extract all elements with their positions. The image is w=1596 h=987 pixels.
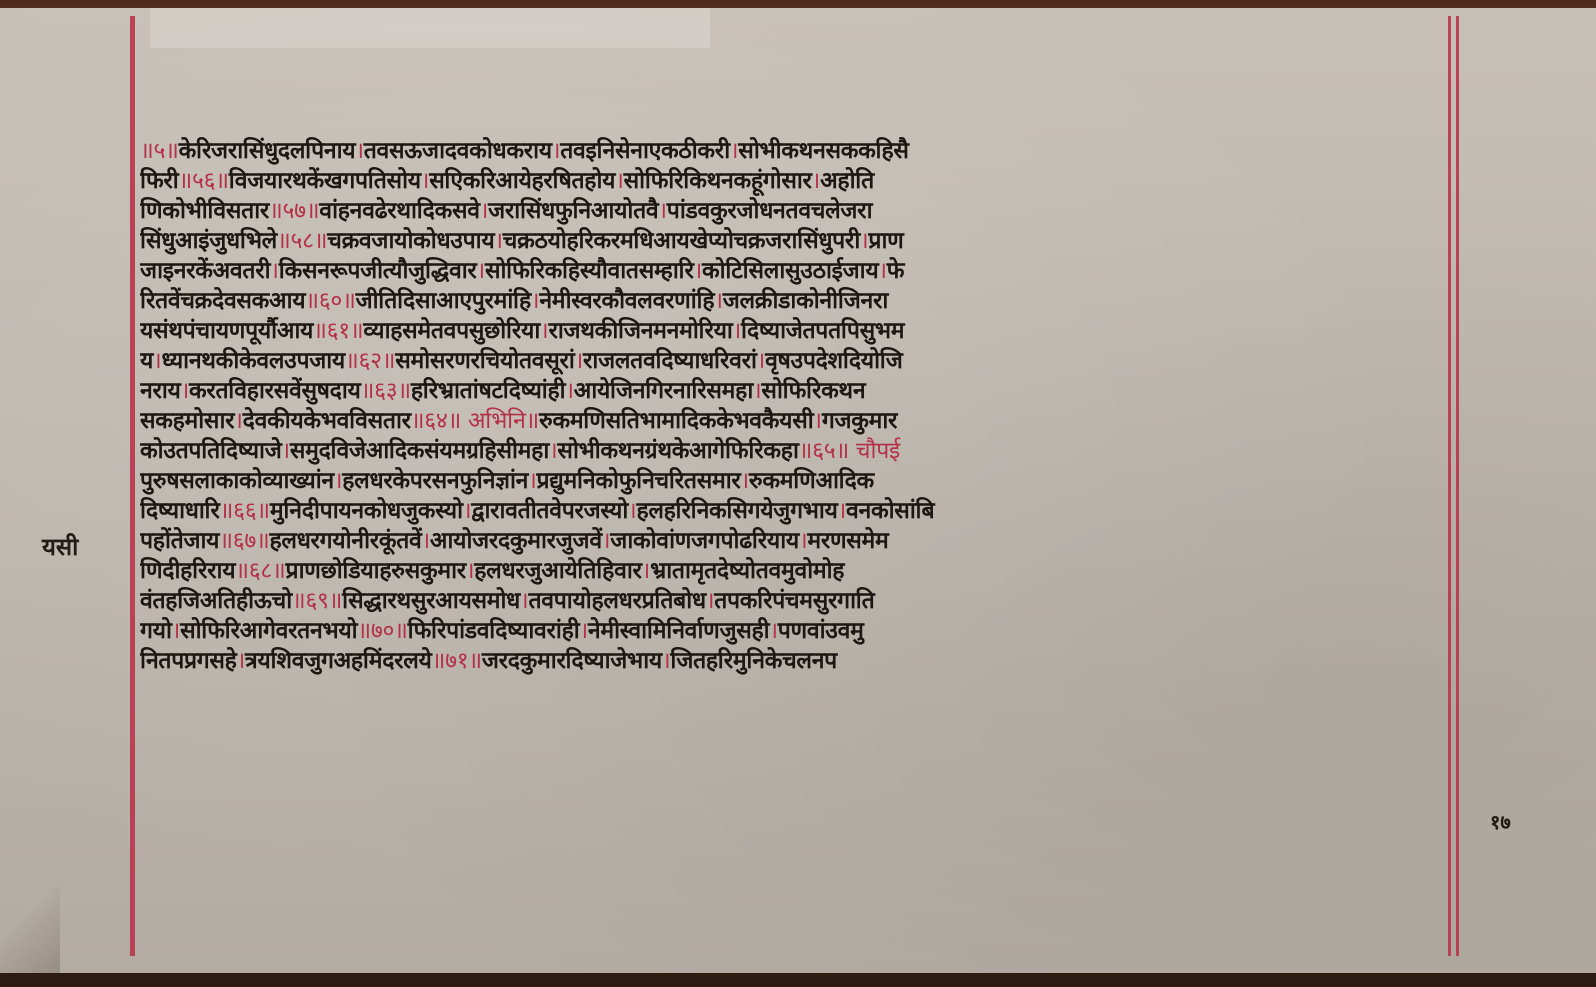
paper-light-patch xyxy=(150,8,710,48)
text-segment: नितपप्रगसहे xyxy=(140,647,237,674)
verse-marker: । xyxy=(575,348,583,374)
text-segment: फिरी xyxy=(140,167,178,194)
text-segment: नराय xyxy=(140,377,181,404)
folio-number: १७ xyxy=(1490,808,1511,835)
verse-marker: ॥६७॥ xyxy=(219,528,269,554)
verse-marker: ॥५८॥ xyxy=(277,228,327,254)
text-segment: सोफिरिकथन xyxy=(761,377,865,404)
manuscript-line: दिष्याधारि॥६६॥मुनिदीपायनकोधजुकस्यो।द्वार… xyxy=(140,496,1448,526)
verse-marker: । xyxy=(270,258,278,284)
text-segment: नेमीस्वामिनिर्वाणजुसही xyxy=(588,617,769,644)
manuscript-line: पहोंतेजाय॥६७॥हलधरगयोनीरकूंतवें।आयोजरदकुम… xyxy=(140,526,1448,556)
verse-marker: । xyxy=(334,468,342,494)
text-segment: आयेजिनगिरनारिसमहा xyxy=(574,377,753,404)
text-segment: कोउतपतिदिष्याजेे xyxy=(140,437,281,464)
manuscript-line: ॥५॥केरिजरासिंधुदलपिनाय।तवसऊजादवकोधकराय।त… xyxy=(140,136,1448,166)
text-segment: पांडवकुरजोधनतवचलेजरा xyxy=(667,197,872,224)
text-segment: गयो xyxy=(140,617,172,644)
text-segment: चक्रवजायोकोधउपाय xyxy=(327,227,494,254)
text-segment: समोसरणरचियोतवसूरां xyxy=(395,347,574,374)
text-segment: द्वारावतीतवेपरजस्यो xyxy=(471,497,628,524)
verse-marker: । xyxy=(421,168,429,194)
verse-marker: ॥६२॥ xyxy=(345,348,395,374)
verse-marker: । xyxy=(769,618,777,644)
manuscript-line: रितवेंचक्रदेवसकआय॥६०॥जीतिदिसाआएपुरमांहि।… xyxy=(140,286,1448,316)
text-segment: णिदीहरिराय xyxy=(140,557,235,584)
text-segment: त्रयशिवजुगअहमिंदरलये xyxy=(245,647,432,674)
text-segment: सोभीकथनसककहिसै xyxy=(738,137,908,164)
text-segment: सिद्धारथसुरआयसमोध xyxy=(342,587,520,614)
text-segment: तवपायोहलधरप्रतिबोध xyxy=(528,587,705,614)
text-segment: जरासिंधफुनिआयोतवै xyxy=(488,197,658,224)
text-segment: जितहरिमुनिकेचलनप xyxy=(670,647,837,674)
text-segment: सकहमोसार xyxy=(140,407,234,434)
verse-marker: ॥६८॥ xyxy=(235,558,285,584)
page-corner-curl xyxy=(0,868,60,978)
verse-marker: । xyxy=(494,228,502,254)
manuscript-line: वंतहजिअतिहीऊचो॥६९॥सिद्धारथसुरआयसमोध।तवपा… xyxy=(140,586,1448,616)
verse-marker: । xyxy=(528,468,536,494)
text-segment: सिंधुआइंजुधभिले xyxy=(140,227,277,254)
text-segment: दिष्याधारि xyxy=(140,497,220,524)
verse-marker: । xyxy=(757,348,765,374)
verse-marker: ॥६६॥ xyxy=(220,498,270,524)
text-segment: हलधरकेपरसनफुनिज्ञांन xyxy=(342,467,528,494)
verse-marker: ॥७०॥ xyxy=(357,618,407,644)
manuscript-line: यसंथपंचायणपूर्यौआय॥६१॥व्याहसमेतवपसुछोरिय… xyxy=(140,316,1448,346)
text-segment: पणवांउवमु xyxy=(778,617,864,644)
text-segment: पहोंतेजाय xyxy=(140,527,219,554)
verse-marker: ॥५७॥ xyxy=(269,198,319,224)
text-segment: तवसऊजादवकोधकराय xyxy=(364,137,552,164)
text-segment: यसंथपंचायणपूर्यौआय xyxy=(140,317,313,344)
manuscript-line: सिंधुआइंजुधभिले॥५८॥चक्रवजायोकोधउपाय।चक्र… xyxy=(140,226,1448,256)
text-segment: कोटिसिलासुउठाईजाय xyxy=(702,257,878,284)
text-segment: प्राण xyxy=(868,227,903,254)
manuscript-line: कोउतपतिदिष्याजेे।समुदविजेआदिकसंयमग्रहिसी… xyxy=(140,436,1448,466)
verse-marker: । xyxy=(477,258,485,284)
text-segment: दिष्याजेतपतपिसुभम xyxy=(741,317,904,344)
text-segment: रुकमणिसतिभामादिककेभवकैयसी xyxy=(539,407,813,434)
verse-marker: । xyxy=(579,618,587,644)
text-segment: हलधरगयोनीरकूंतवें xyxy=(270,527,422,554)
text-segment: हलहरिनिकसिगयेजुगभाय xyxy=(636,497,837,524)
verse-marker: । xyxy=(706,588,714,614)
right-margin-ruling-2 xyxy=(1456,16,1459,956)
verse-marker: । xyxy=(237,648,245,674)
verse-marker: । xyxy=(813,408,821,434)
right-margin-ruling-1 xyxy=(1448,16,1451,956)
verse-marker: । xyxy=(615,168,623,194)
left-margin-note: यसी xyxy=(42,530,78,563)
text-segment: सोभीकथनग्रंथकेआगेफिरिकहा xyxy=(557,437,798,464)
verse-marker: । xyxy=(565,378,573,404)
verse-marker: । xyxy=(466,558,474,584)
text-segment: सोफिरिकहिस्यौवातसम्हारि xyxy=(485,257,694,284)
verse-marker: । xyxy=(281,438,289,464)
verse-marker: । xyxy=(812,168,820,194)
manuscript-line: पुरुषसलाकाकोव्याख्यांन।हलधरकेपरसनफुनिज्ञ… xyxy=(140,466,1448,496)
left-margin-ruling xyxy=(130,16,135,956)
verse-marker: ॥५॥ xyxy=(140,138,179,164)
verse-marker: । xyxy=(552,138,560,164)
text-segment: जलक्रीडाकोनीजिनरा xyxy=(723,287,888,314)
verse-marker: । xyxy=(714,288,722,314)
text-segment: य xyxy=(140,347,153,374)
text-segment: व्याहसमेतवपसुछोरिया xyxy=(363,317,540,344)
text-segment: फे xyxy=(887,257,904,284)
verse-marker: । xyxy=(422,528,430,554)
text-segment: णिकोभीविसतार xyxy=(140,197,269,224)
manuscript-line: णिकोभीविसतार॥५७॥वांहनवढेरथादिकसवे।जरासिं… xyxy=(140,196,1448,226)
verse-marker: ॥६१॥ xyxy=(313,318,363,344)
manuscript-line: गयो।सोफिरिआगेवरतनभयो॥७०॥फिरिपांडवदिष्याव… xyxy=(140,616,1448,646)
text-segment: हलधरजुआयेतिहिवार xyxy=(474,557,641,584)
text-segment: जाकोवांणजगपोढरियाय xyxy=(610,527,799,554)
text-segment: सोफिरिआगेवरतनभयो xyxy=(180,617,357,644)
verse-marker: । xyxy=(741,468,749,494)
manuscript-line: णिदीहरिराय॥६८॥प्राणछोडियाहरुसकुमार।हलधरज… xyxy=(140,556,1448,586)
manuscript-line: नराय।करतविहारसवेंसुषदाय॥६३॥हरिभ्रातांषटद… xyxy=(140,376,1448,406)
text-segment: राजलतवदिष्याधरिवरां xyxy=(583,347,757,374)
text-segment: वनकोसांबि xyxy=(846,497,934,524)
text-segment: मरणसमेम xyxy=(807,527,888,554)
verse-marker: ॥६३॥ xyxy=(361,378,411,404)
text-segment: जरदकुमारदिष्याजेभाय xyxy=(482,647,662,674)
verse-marker: ॥६९॥ xyxy=(292,588,342,614)
verse-marker: । xyxy=(480,198,488,224)
text-segment: फिरिपांडवदिष्यावरांही xyxy=(408,617,580,644)
verse-marker: । xyxy=(642,558,650,584)
text-segment: किसनरूपजीत्यौजुद्धिवार xyxy=(279,257,477,284)
text-segment: सएिकरिआयेहरषितहोय xyxy=(429,167,615,194)
verse-marker: । xyxy=(602,528,610,554)
verse-marker: । xyxy=(355,138,363,164)
manuscript-text-block: ॥५॥केरिजरासिंधुदलपिनाय।तवसऊजादवकोधकराय।त… xyxy=(140,136,1448,676)
verse-marker: ॥५६॥ xyxy=(178,168,228,194)
text-segment: विजयारथकेंखगपतिसोय xyxy=(229,167,421,194)
text-segment: समुदविजेआदिकसंयमग्रहिसीमहा xyxy=(290,437,549,464)
verse-marker: । xyxy=(463,498,471,524)
text-segment: तपकरिपंचमसुरगाति xyxy=(714,587,874,614)
text-segment: प्रद्युमनिकोफुनिचरितसमार xyxy=(537,467,741,494)
verse-marker: ॥६४॥ अभिनि॥ xyxy=(411,408,539,434)
text-segment: अहोति xyxy=(820,167,874,194)
verse-marker: । xyxy=(181,378,189,404)
verse-marker: ॥६०॥ xyxy=(305,288,355,314)
verse-marker: । xyxy=(172,618,180,644)
verse-marker: ॥७१॥ xyxy=(432,648,482,674)
text-segment: वांहनवढेरथादिकसवे xyxy=(319,197,479,224)
text-segment: वृषउपदेशदियोजि xyxy=(765,347,902,374)
text-segment: रुकमणिआदिक xyxy=(749,467,874,494)
manuscript-line: जाइनरकेंअवतरी।किसनरूपजीत्यौजुद्धिवार।सोफ… xyxy=(140,256,1448,286)
verse-marker: । xyxy=(878,258,886,284)
text-segment: आयोजरदकुमारजुजवें xyxy=(430,527,602,554)
text-segment: मुनिदीपायनकोधजुकस्यो xyxy=(270,497,463,524)
verse-marker: । xyxy=(838,498,846,524)
text-segment: सोफिरिकिथनकहूंगोसार xyxy=(624,167,812,194)
text-segment: जाइनरकेंअवतरी xyxy=(140,257,270,284)
text-segment: हरिभ्रातांषटदिष्यांही xyxy=(411,377,565,404)
manuscript-line: नितपप्रगसहे।त्रयशिवजुगअहमिंदरलये॥७१॥जरदक… xyxy=(140,646,1448,676)
text-segment: भ्रातामृतदेष्योतवमुवोमोह xyxy=(650,557,844,584)
text-segment: रितवेंचक्रदेवसकआय xyxy=(140,287,305,314)
text-segment: प्राणछोडियाहरुसकुमार xyxy=(286,557,466,584)
verse-marker: । xyxy=(658,198,666,224)
text-segment: देवकीयकेभवविसतार xyxy=(243,407,411,434)
text-segment: नेमीस्वरकौवलवरणांहि xyxy=(539,287,714,314)
text-segment: ध्यानथकीकेवलउपजाय xyxy=(161,347,345,374)
text-segment: करतविहारसवेंसुषदाय xyxy=(189,377,361,404)
manuscript-line: फिरी॥५६॥विजयारथकेंखगपतिसोय।सएिकरिआयेहरषि… xyxy=(140,166,1448,196)
verse-marker: । xyxy=(234,408,242,434)
text-segment: गजकुमार xyxy=(822,407,897,434)
background-bottom-edge xyxy=(0,973,1596,987)
text-segment: चक्रठयोहरिकरमधिआयखेप्योचक्रजरासिंधुपरी xyxy=(503,227,860,254)
text-segment: राजथकीजिनमनमोरिया xyxy=(548,317,732,344)
text-segment: जीतिदिसाआएपुरमांहि xyxy=(356,287,531,314)
manuscript-line: य।ध्यानथकीकेवलउपजाय॥६२॥समोसरणरचियोतवसूरा… xyxy=(140,346,1448,376)
text-segment: वंतहजिअतिहीऊचो xyxy=(140,587,292,614)
verse-marker: ॥६५॥ चौपई xyxy=(799,438,900,464)
text-segment: केरिजरासिंधुदलपिनाय xyxy=(179,137,356,164)
verse-marker: । xyxy=(733,318,741,344)
manuscript-folio: यसी ॥५॥केरिजरासिंधुदलपिनाय।तवसऊजादवकोधकर… xyxy=(0,8,1596,977)
text-segment: पुरुषसलाकाकोव्याख्यांन xyxy=(140,467,334,494)
text-segment: तवइनिसेनाएकठीकरी xyxy=(560,137,730,164)
verse-marker: । xyxy=(694,258,702,284)
manuscript-line: सकहमोसार।देवकीयकेभवविसतार॥६४॥ अभिनि॥रुकम… xyxy=(140,406,1448,436)
